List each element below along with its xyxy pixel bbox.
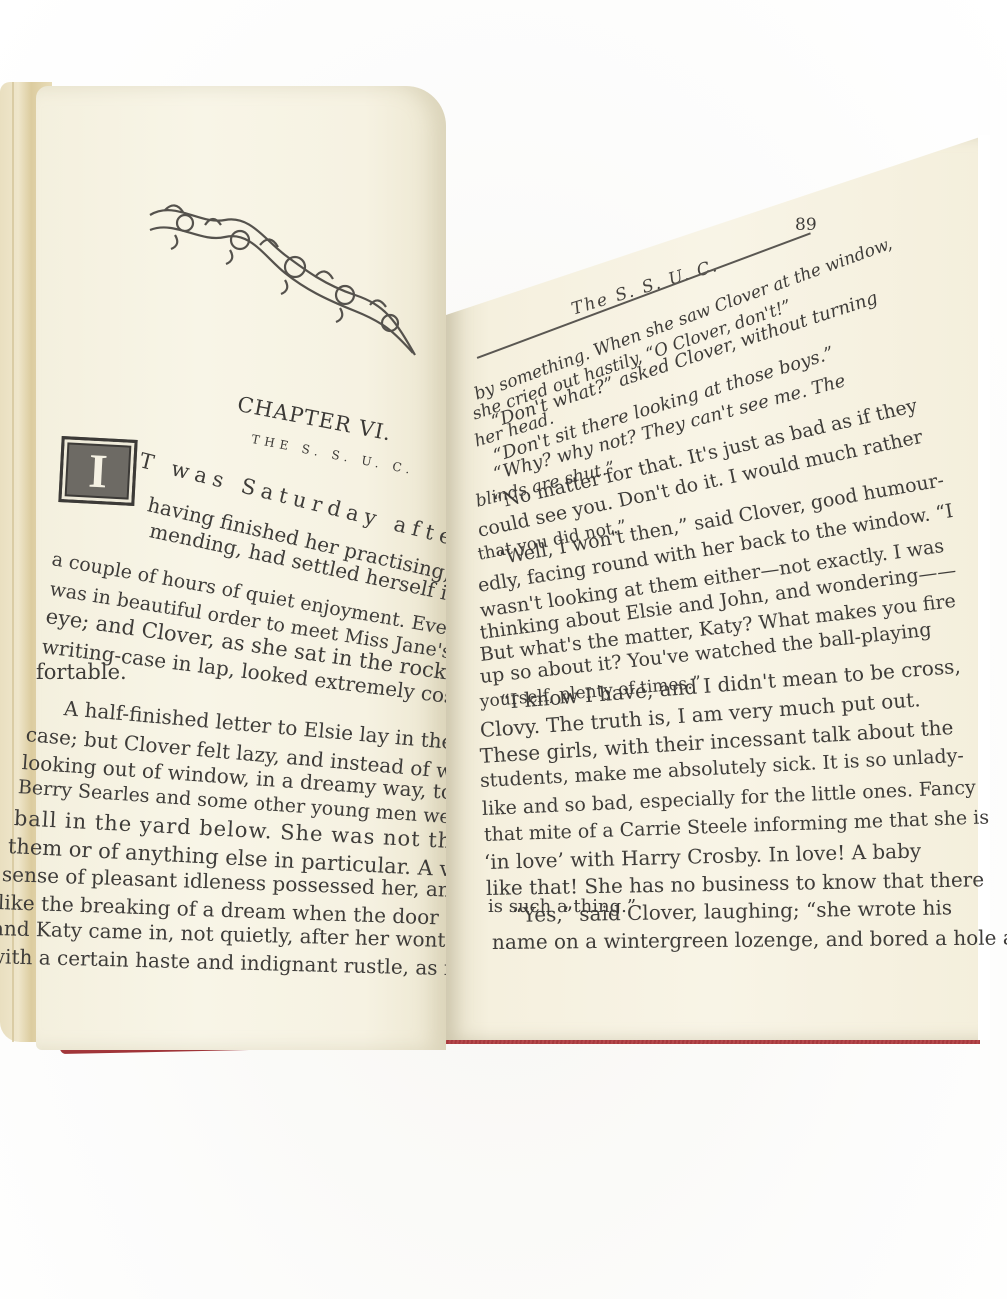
floral-headpiece-ornament xyxy=(145,195,430,360)
text-line: fortable. xyxy=(36,660,127,684)
drop-cap-letter: I xyxy=(87,443,109,499)
text-line: name on a wintergreen lozenge, and bored… xyxy=(492,925,1007,954)
right-page-edge xyxy=(978,135,990,1040)
page-number: 89 xyxy=(795,215,817,235)
illuminated-drop-cap: I xyxy=(58,436,137,506)
